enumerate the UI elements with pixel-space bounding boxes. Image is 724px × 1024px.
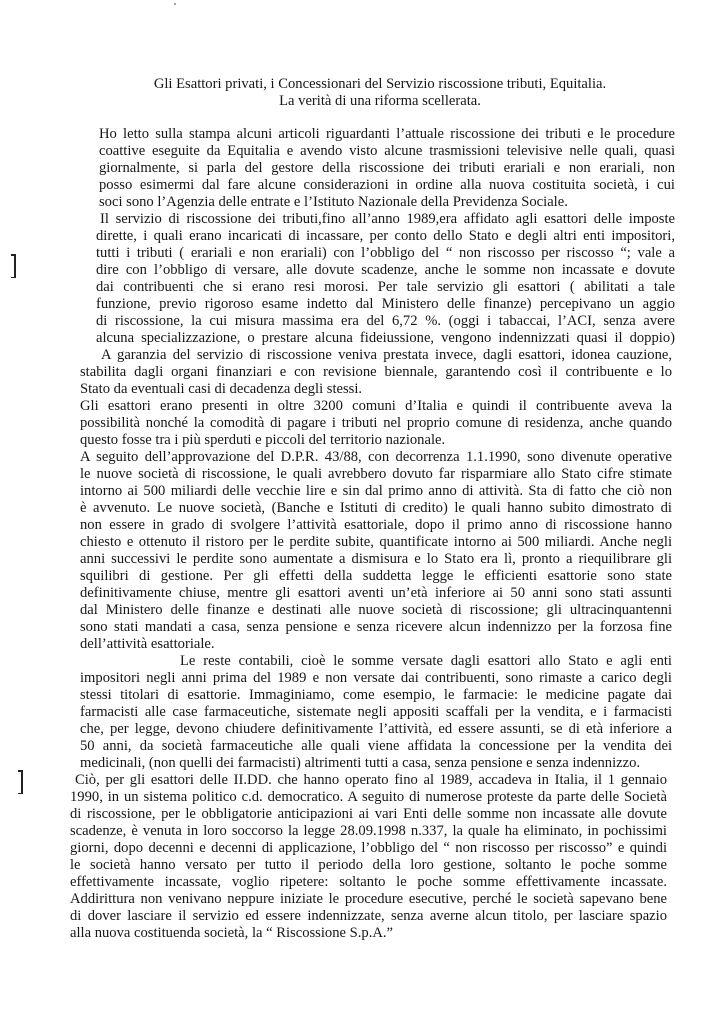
text-line: che, per legge, devono chiudere definiti… bbox=[80, 721, 672, 738]
title-line-2: La verità di una riforma scellerata. bbox=[279, 93, 481, 109]
text-line: Le reste contabili, cioè le somme versat… bbox=[180, 653, 672, 670]
text-line: stabilita dagli organi finanziari e con … bbox=[80, 364, 672, 381]
text-line: effettivamente incassate, voglio ripeter… bbox=[70, 874, 667, 891]
document-title: Gli Esattori privati, i Concessionari de… bbox=[80, 76, 680, 110]
text-line: dal Ministero delle finanze e destinati … bbox=[80, 602, 672, 619]
text-line: chiesto e ottenuto il ristoro per le per… bbox=[80, 534, 672, 551]
text-line: sono stati mandati a casa, senza pension… bbox=[80, 619, 672, 636]
text-line: di riscossione, per le obbligatorie anti… bbox=[70, 806, 667, 823]
text-line: intorno ai 500 miliardi delle vecchie li… bbox=[80, 483, 672, 500]
text-line: squilibri di gestione. Per gli effetti d… bbox=[80, 568, 672, 585]
text-line: dai contribuenti che si erano resi moros… bbox=[96, 279, 675, 296]
text-line: Il servizio di riscossione dei tributi,f… bbox=[100, 211, 675, 228]
text-line: alcuna specializzazione, o prestare alcu… bbox=[96, 330, 675, 347]
text-line: dire con l’obbligo di versare, alle dovu… bbox=[96, 262, 675, 279]
text-line: definitivamente chiuse, mentre gli esatt… bbox=[80, 585, 672, 602]
text-line: di riscossione, la cui misura massima er… bbox=[96, 313, 675, 330]
text-line: Ho letto sulla stampa alcuni articoli ri… bbox=[99, 126, 675, 143]
text-line: funzione, previo rigoroso esame indetto … bbox=[96, 296, 675, 313]
text-line: giornalmente, si parla del gestore della… bbox=[99, 160, 675, 177]
text-line: le società hanno versato per tutto il pe… bbox=[70, 857, 667, 874]
title-line-1: Gli Esattori privati, i Concessionari de… bbox=[154, 76, 606, 92]
text-line: coattive eseguite da Equitalia e avendo … bbox=[99, 143, 675, 160]
margin-bracket-mark bbox=[21, 770, 23, 794]
text-line: impositori negli anni prima del 1989 e n… bbox=[80, 670, 672, 687]
text-line: non essere in grado di svolgere l’attivi… bbox=[80, 517, 672, 534]
text-line: dirette, i quali erano incaricati di inc… bbox=[96, 228, 675, 245]
text-line: posso esimermi dal fare alcune considera… bbox=[99, 177, 675, 194]
text-line: di dover lasciare il servizio ed essere … bbox=[70, 908, 667, 925]
text-line: Gli esattori erano presenti in oltre 320… bbox=[80, 398, 672, 415]
text-line: anni successivi le perdite sono aumentat… bbox=[80, 551, 672, 568]
text-line: alla nuova costituenda società, la “ Ris… bbox=[70, 925, 450, 942]
scan-speck bbox=[174, 3, 176, 5]
text-line: Ciò, per gli esattori delle II.DD. che h… bbox=[75, 772, 667, 789]
text-line: 1990, in un sistema politico c.d. democr… bbox=[70, 789, 667, 806]
text-line: medicinali, (non quelli dei farmacisti) … bbox=[80, 755, 672, 772]
text-line: dell’attività esattoriale. bbox=[80, 636, 240, 653]
text-line: soci sono l’Agenzia delle entrate e l’Is… bbox=[99, 194, 619, 211]
text-line: possibilità nonché la comodità di pagare… bbox=[80, 415, 672, 432]
text-line: Stato da eventuali casi di decadenza deg… bbox=[80, 381, 415, 398]
text-line: Addirittura non venivano neppure iniziat… bbox=[70, 891, 667, 908]
document-page: Gli Esattori privati, i Concessionari de… bbox=[0, 0, 724, 1024]
text-line: 50 anni, da società farmaceutiche alle q… bbox=[80, 738, 672, 755]
margin-bracket-mark bbox=[14, 254, 16, 278]
text-line: A garanzia del servizio di riscossione v… bbox=[101, 347, 672, 364]
text-line: farmacisti alle case farmaceutiche, sist… bbox=[80, 704, 672, 721]
text-line: giorni, dopo decenni e decenni di applic… bbox=[70, 840, 667, 857]
text-line: scadenze, è venuta in loro soccorso la l… bbox=[70, 823, 667, 840]
text-line: tutti i tributi ( erariali e non erarial… bbox=[96, 245, 675, 262]
text-line: A seguito dell’approvazione del D.P.R. 4… bbox=[80, 449, 672, 466]
text-line: è avvenuto. Le nuove società, (Banche e … bbox=[80, 500, 672, 517]
text-line: le nuove società di riscossione, le qual… bbox=[80, 466, 672, 483]
text-line: stessi titolari di esattorie. Immaginiam… bbox=[80, 687, 672, 704]
text-line: questo fosse tra i più sperduti e piccol… bbox=[80, 432, 490, 449]
